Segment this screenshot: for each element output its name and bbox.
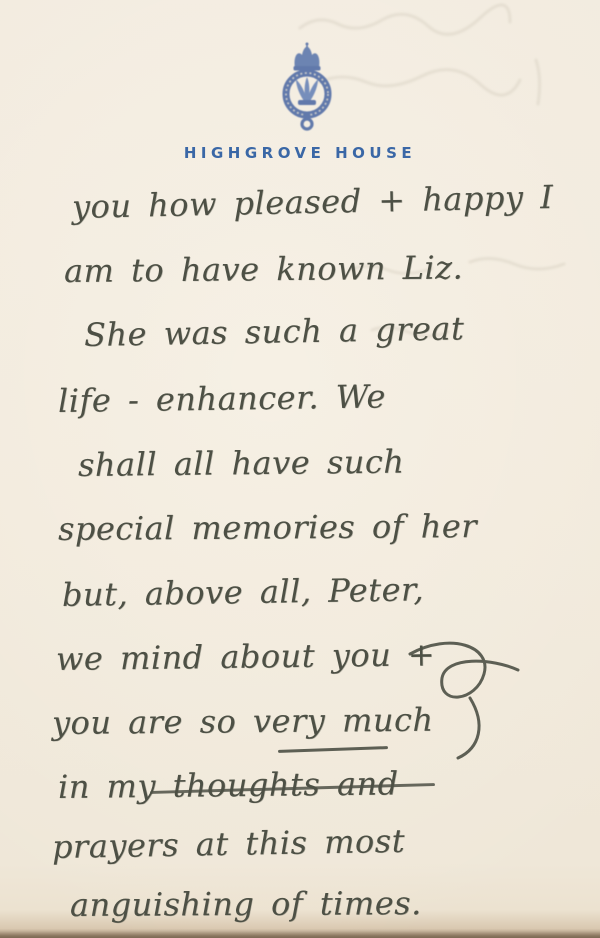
handwritten-line: shall all have such xyxy=(78,443,405,484)
handwritten-line: anguishing of times. xyxy=(70,884,422,924)
letter-page: HIGHGROVE HOUSE you how pleased + happy … xyxy=(0,0,600,938)
handwritten-line: special memories of her xyxy=(58,507,477,548)
handwritten-line: we mind about you + xyxy=(56,635,436,678)
handwritten-line: life - enhancer. We xyxy=(58,377,386,420)
handwritten-line: you are so very much xyxy=(52,701,434,742)
handwritten-line: She was such a great xyxy=(84,309,465,354)
page-bottom-edge xyxy=(0,931,600,938)
letterhead-title: HIGHGROVE HOUSE xyxy=(0,144,600,162)
prince-of-wales-feathers-crest-icon xyxy=(272,42,342,137)
handwritten-line: prayers at this most xyxy=(52,822,406,866)
handwritten-line: but, above all, Peter, xyxy=(62,570,425,614)
handwritten-line: am to have known Liz. xyxy=(64,249,464,290)
flourish-loop-stroke xyxy=(400,640,560,780)
